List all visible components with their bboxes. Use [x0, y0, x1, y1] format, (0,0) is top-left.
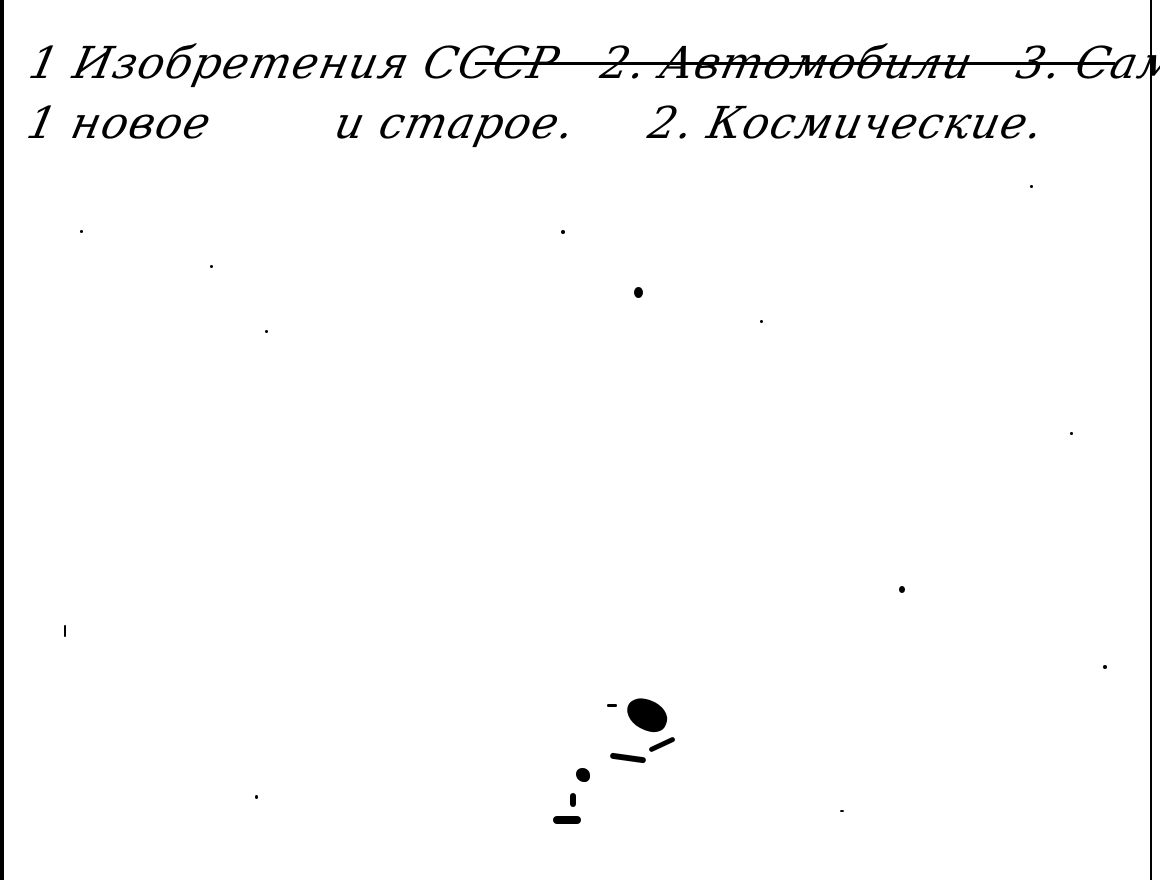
- scan-border-left: [0, 0, 4, 880]
- speck: [561, 230, 565, 234]
- speck: [1030, 185, 1033, 188]
- strike-through-line: [475, 62, 1115, 65]
- speck: [265, 330, 268, 333]
- speck: [255, 795, 258, 799]
- speck: [760, 320, 763, 323]
- line2-item2: и старое.: [330, 98, 579, 149]
- speck: [1070, 432, 1073, 435]
- speck: [634, 287, 643, 298]
- speck: [64, 625, 66, 637]
- speck: [899, 586, 905, 593]
- speck: [210, 265, 213, 268]
- line2-item3: 2. Космические.: [644, 98, 1049, 149]
- speck: [80, 230, 83, 233]
- speck: [840, 810, 844, 812]
- line2-item1: 1 новое: [23, 98, 216, 149]
- speck: [1103, 665, 1107, 669]
- handwritten-line-2: 1 новое и старое. 2. Космические.: [23, 98, 1049, 149]
- scan-border-right: [1150, 0, 1152, 880]
